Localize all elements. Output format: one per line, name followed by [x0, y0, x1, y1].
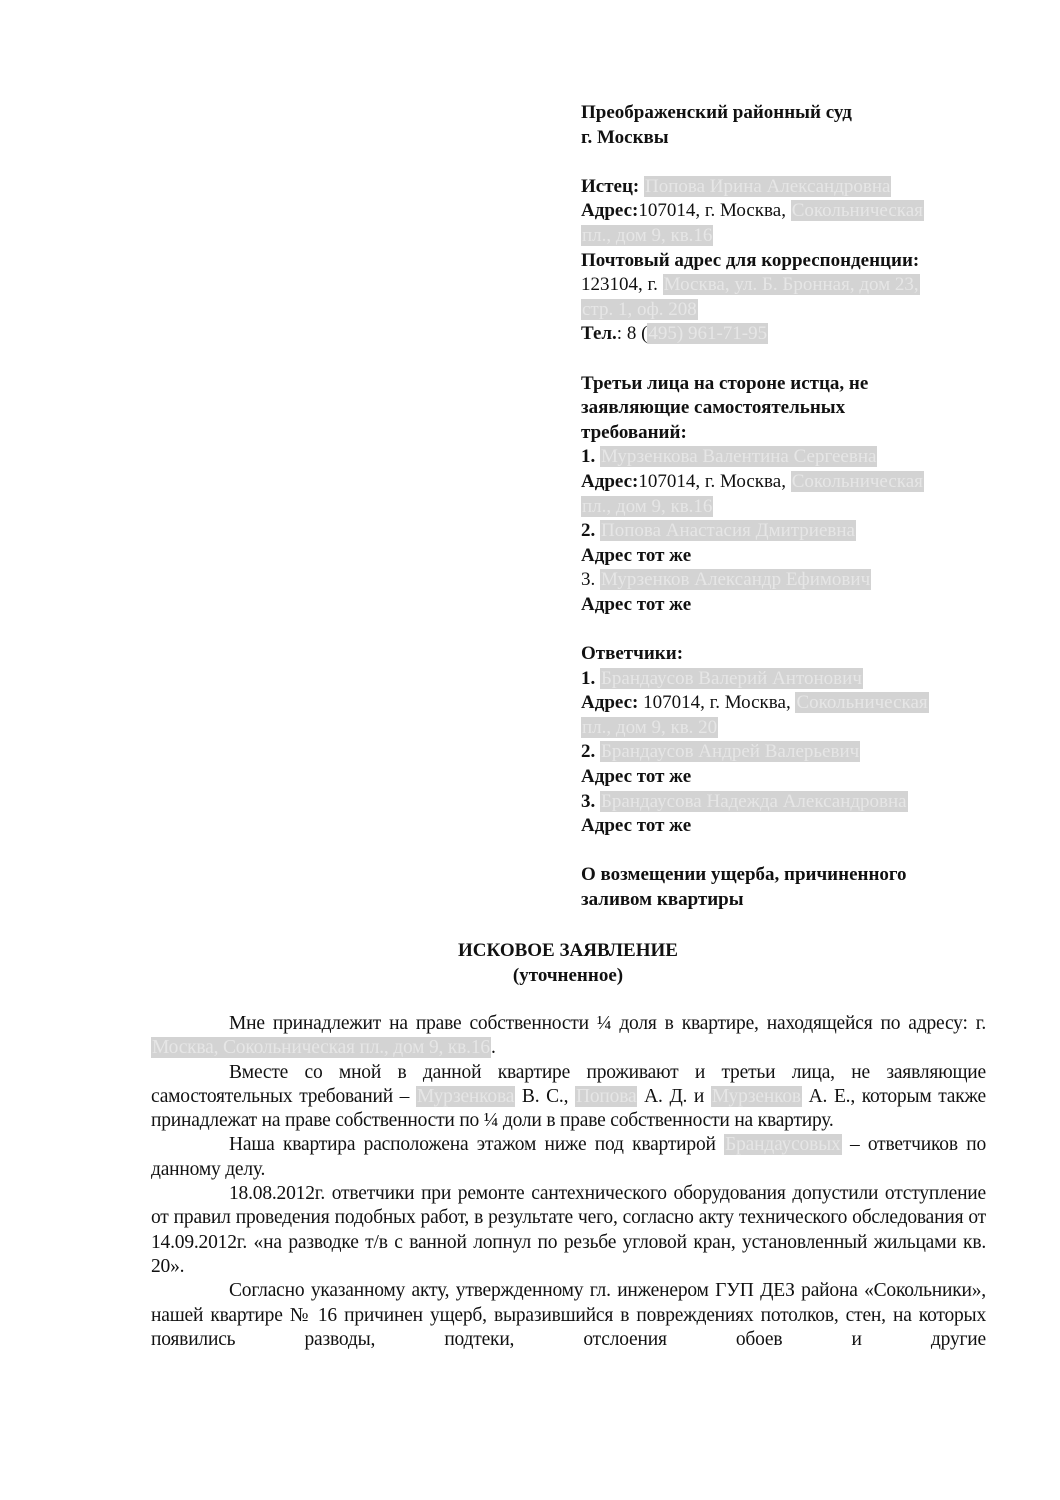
redacted-surname: Мурзенков [711, 1086, 802, 1107]
phone-label: Тел. [581, 323, 617, 344]
redacted-name: Мурзенков Александр Ефимович [600, 569, 871, 590]
third-party-1: 1. Мурзенкова Валентина Сергеевна [581, 445, 981, 470]
court-name-line-1: Преображенский районный суд [581, 101, 981, 126]
defendant-3: 3. Брандаусова Надежда Александровна [581, 790, 981, 815]
plaintiff-name-line: Истец: Попова Ирина Александровна [581, 175, 981, 200]
postal-label: Почтовый адрес для корреспонденции: [581, 249, 981, 274]
title-main: ИСКОВОЕ ЗАЯВЛЕНИЕ [0, 938, 1060, 963]
defendant-2: 2. Брандаусов Андрей Валерьевич [581, 740, 981, 765]
redacted-name: Брандаусова Надежда Александровна [600, 791, 908, 812]
paragraph-3: Наша квартира расположена этажом ниже по… [151, 1133, 986, 1182]
paragraph-5: Согласно указанному акту, утвержденному … [151, 1279, 986, 1352]
redacted-address-cont: пл., дом 9, кв.16 [581, 496, 713, 517]
redacted-surname: Брандаусовых [724, 1134, 841, 1155]
third-party-3: 3. Мурзенков Александр Ефимович [581, 568, 981, 593]
defendant-3-address: Адрес тот же [581, 814, 981, 839]
subject-line-1: О возмещении ущерба, причиненного [581, 863, 981, 888]
redacted-surname: Попова [575, 1086, 637, 1107]
subject-line-2: заливом квартиры [581, 888, 981, 913]
paragraph-4: 18.08.2012г. ответчики при ремонте санте… [151, 1182, 986, 1279]
document-body: Мне принадлежит на праве собственности ¼… [151, 1012, 986, 1352]
third-party-2: 2. Попова Анастасия Дмитриевна [581, 519, 981, 544]
document-title: ИСКОВОЕ ЗАЯВЛЕНИЕ (уточненное) [0, 938, 1060, 988]
third-parties-heading-2: заявляющие самостоятельных [581, 396, 981, 421]
document-page: Преображенский районный суд г. Москвы Ис… [0, 0, 1060, 1500]
addressee-block: Преображенский районный суд г. Москвы Ис… [581, 101, 981, 913]
defendants-heading: Ответчики: [581, 642, 981, 667]
phone-line: Тел.: 8 (495) 961-71-95 [581, 322, 981, 347]
address-text: 107014, г. Москва, [638, 200, 786, 221]
redacted-address: Сокольническая [791, 200, 924, 221]
redacted-plaintiff-name: Попова Ирина Александровна [644, 176, 891, 197]
paragraph-1: Мне принадлежит на праве собственности ¼… [151, 1012, 986, 1061]
defendant-1: 1. Брандаусов Валерий Антонович [581, 667, 981, 692]
third-parties-heading-1: Третьи лица на стороне истца, не [581, 372, 981, 397]
redacted-surname: Мурзенкова [416, 1086, 515, 1107]
redacted-postal-address-cont: стр. 1, оф. 208 [581, 299, 698, 320]
redacted-address: Сокольническая [795, 692, 928, 713]
plaintiff-label: Истец: [581, 176, 639, 197]
redacted-address: Сокольническая [791, 471, 924, 492]
redacted-postal-address: Москва, ул. Б. Бронная, дом 23, [663, 274, 920, 295]
redacted-address-cont: пл., дом 9, кв. 20 [581, 717, 718, 738]
redacted-address-cont: пл., дом 9, кв.16 [581, 225, 713, 246]
defendant-1-address: Адрес: 107014, г. Москва, Сокольническая [581, 691, 981, 716]
redacted-name: Брандаусов Валерий Антонович [600, 668, 863, 689]
third-party-2-address: Адрес тот же [581, 544, 981, 569]
address-label: Адрес: [581, 200, 638, 221]
redacted-phone: 495) 961-71-95 [647, 323, 768, 344]
defendant-2-address: Адрес тот же [581, 765, 981, 790]
third-party-1-address: Адрес:107014, г. Москва, Сокольническая [581, 470, 981, 495]
redacted-name: Попова Анастасия Дмитриевна [600, 520, 856, 541]
postal-address-line: 123104, г. Москва, ул. Б. Бронная, дом 2… [581, 273, 981, 298]
redacted-name: Мурзенкова Валентина Сергеевна [600, 446, 877, 467]
third-party-3-address: Адрес тот же [581, 593, 981, 618]
court-name-line-2: г. Москвы [581, 126, 981, 151]
redacted-name: Брандаусов Андрей Валерьевич [600, 741, 860, 762]
plaintiff-address-line: Адрес:107014, г. Москва, Сокольническая [581, 199, 981, 224]
paragraph-2: Вместе со мной в данной квартире прожива… [151, 1061, 986, 1134]
title-sub: (уточненное) [0, 963, 1060, 988]
redacted-address: Москва, Сокольническая пл., дом 9, кв.16 [151, 1037, 491, 1058]
third-parties-heading-3: требований: [581, 421, 981, 446]
